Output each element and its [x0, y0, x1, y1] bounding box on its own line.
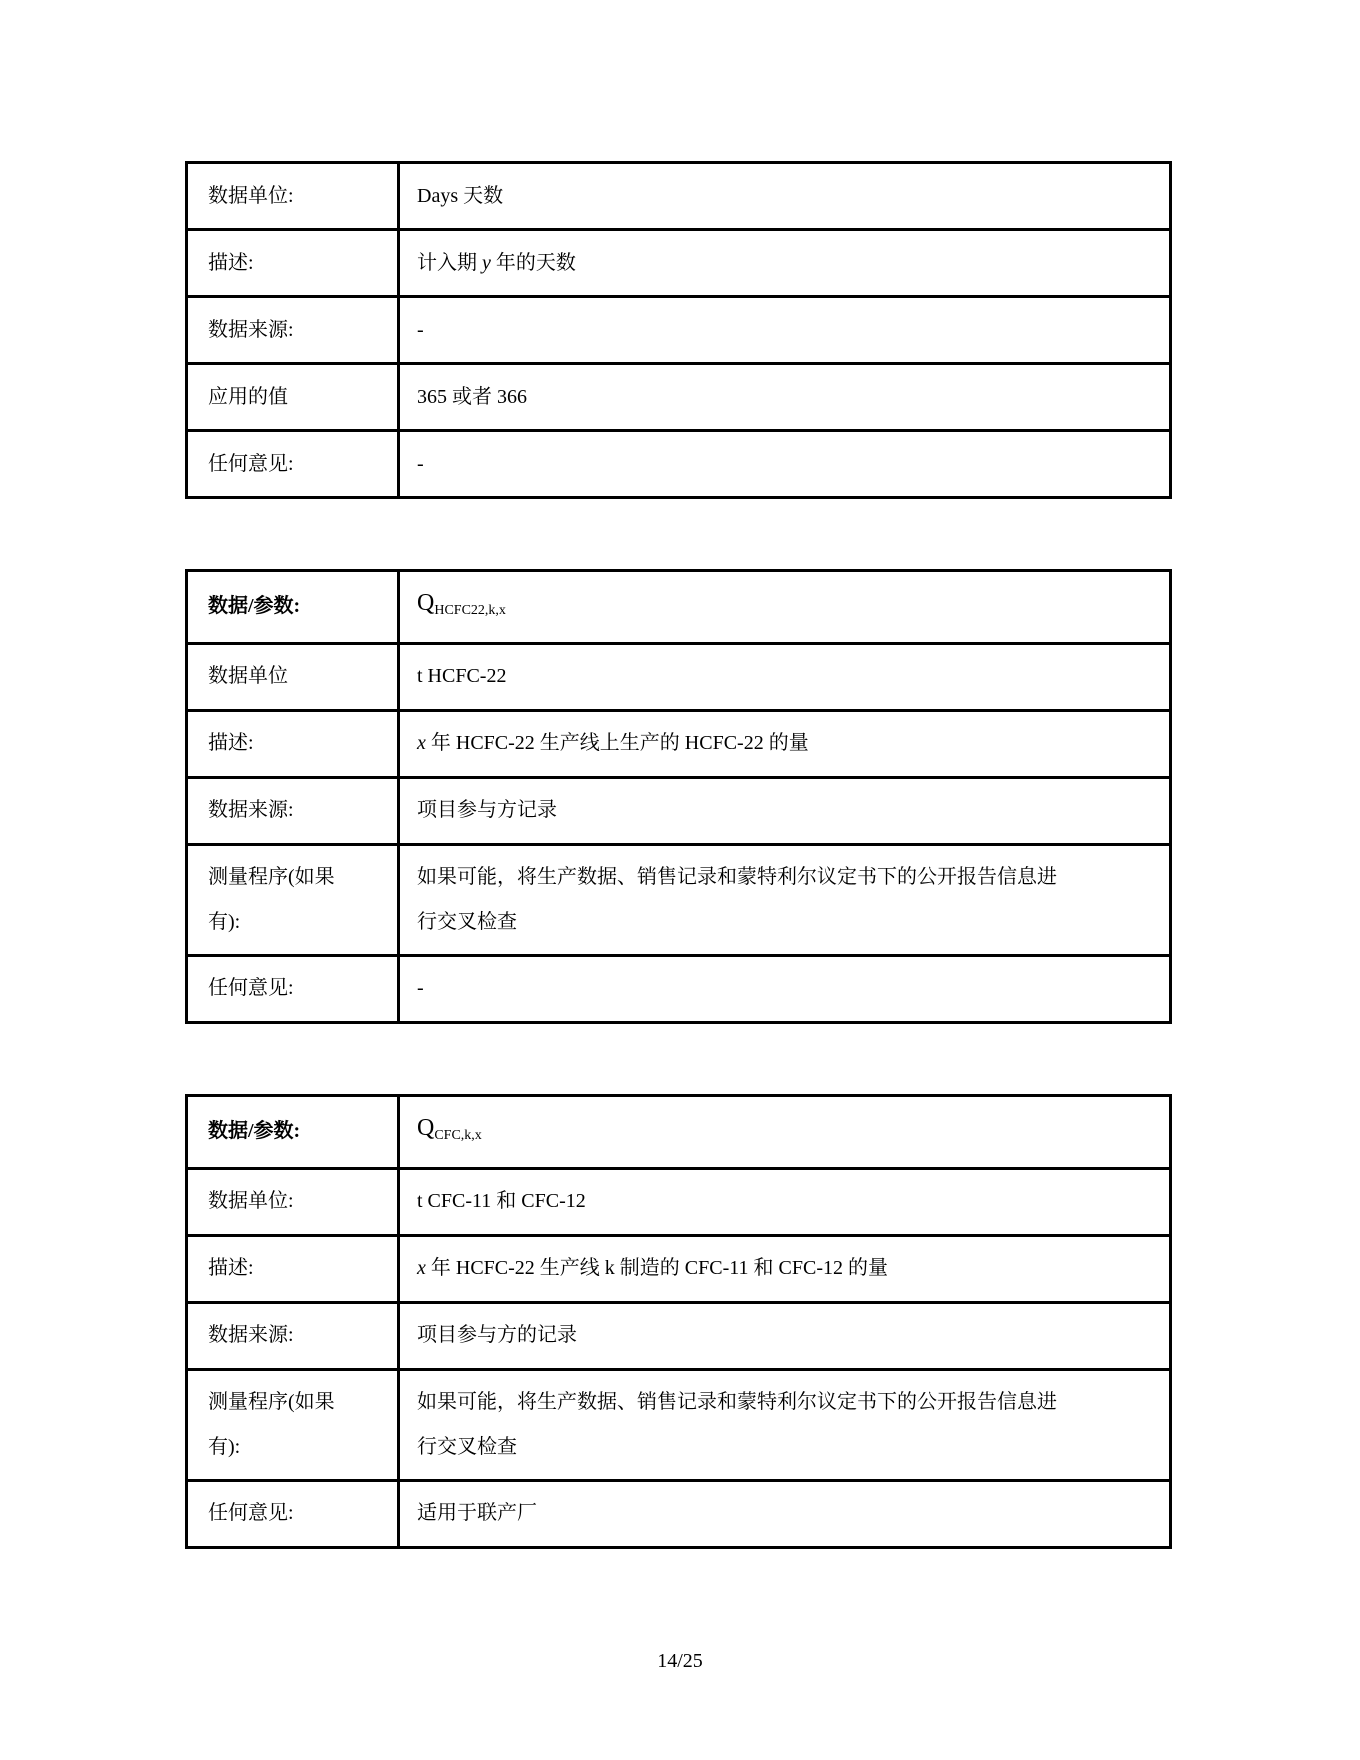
text-segment: 任何意见:	[208, 453, 294, 475]
row-label: 测量程序(如果 有):	[187, 844, 399, 955]
page-footer: 14/25	[0, 1650, 1360, 1673]
row-label: 任何意见:	[187, 431, 399, 498]
parameter-tables: 数据单位:Days 天数描述:计入期 y 年的天数数据来源:-应用的值365 或…	[185, 161, 1172, 1619]
row-label: 任何意见:	[187, 955, 399, 1022]
text-segment: 年 HCFC-22 生产线上生产的 HCFC-22 的量	[426, 732, 809, 754]
text-segment: 描述:	[208, 732, 254, 754]
table-row: 测量程序(如果 有):如果可能，将生产数据、销售记录和蒙特利尔议定书下的公开报告…	[187, 844, 1171, 955]
table-row: 数据单位:t CFC-11 和 CFC-12	[187, 1168, 1171, 1235]
text-segment: 数据单位:	[208, 1190, 294, 1212]
row-value: QHCFC22,k,x	[399, 571, 1171, 644]
row-value: 如果可能，将生产数据、销售记录和蒙特利尔议定书下的公开报告信息进 行交叉检查	[399, 1369, 1171, 1480]
row-label: 数据单位:	[187, 1168, 399, 1235]
text-segment: HCFC22,k,x	[434, 603, 506, 618]
text-segment: 描述:	[208, 252, 254, 274]
row-label: 数据来源:	[187, 297, 399, 364]
row-label: 数据单位:	[187, 163, 399, 230]
text-segment: 测量程序(如果 有):	[208, 1391, 335, 1458]
row-value: 如果可能，将生产数据、销售记录和蒙特利尔议定书下的公开报告信息进 行交叉检查	[399, 844, 1171, 955]
row-label: 任何意见:	[187, 1480, 399, 1547]
row-label: 数据/参数:	[187, 1095, 399, 1168]
table-row: 任何意见:适用于联产厂	[187, 1480, 1171, 1547]
row-label: 描述:	[187, 230, 399, 297]
row-value: x 年 HCFC-22 生产线上生产的 HCFC-22 的量	[399, 710, 1171, 777]
text-segment: 365 或者 366	[417, 386, 527, 408]
text-segment: 数据单位	[208, 665, 288, 687]
table-row: 数据来源:项目参与方的记录	[187, 1302, 1171, 1369]
row-value: QCFC,k,x	[399, 1095, 1171, 1168]
table-row: 任何意见:-	[187, 431, 1171, 498]
table-row: 描述:计入期 y 年的天数	[187, 230, 1171, 297]
text-segment: 适用于联产厂	[417, 1502, 537, 1524]
table-row: 应用的值365 或者 366	[187, 364, 1171, 431]
text-segment: Q	[417, 590, 434, 616]
row-value: -	[399, 431, 1171, 498]
row-value: 适用于联产厂	[399, 1480, 1171, 1547]
parameter-table-days: 数据单位:Days 天数描述:计入期 y 年的天数数据来源:-应用的值365 或…	[185, 161, 1172, 499]
row-label: 描述:	[187, 1235, 399, 1302]
text-segment: x	[417, 732, 426, 754]
row-value: 365 或者 366	[399, 364, 1171, 431]
text-segment: 年的天数	[491, 252, 576, 274]
table-row: 数据/参数:QCFC,k,x	[187, 1095, 1171, 1168]
text-segment: 数据/参数:	[208, 595, 300, 617]
text-segment: Days 天数	[417, 185, 503, 207]
text-segment: 数据单位:	[208, 185, 294, 207]
row-value: 项目参与方记录	[399, 777, 1171, 844]
table-row: 数据/参数:QHCFC22,k,x	[187, 571, 1171, 644]
document-page: 数据单位:Days 天数描述:计入期 y 年的天数数据来源:-应用的值365 或…	[0, 0, 1360, 1760]
row-label: 数据来源:	[187, 1302, 399, 1369]
text-segment: 项目参与方的记录	[417, 1324, 577, 1346]
row-label: 描述:	[187, 710, 399, 777]
parameter-table-q-cfc: 数据/参数:QCFC,k,x数据单位:t CFC-11 和 CFC-12描述:x…	[185, 1094, 1172, 1549]
text-segment: 数据来源:	[208, 319, 294, 341]
row-value: t CFC-11 和 CFC-12	[399, 1168, 1171, 1235]
parameter-table-q-hcfc22: 数据/参数:QHCFC22,k,x数据单位t HCFC-22描述:x 年 HCF…	[185, 569, 1172, 1024]
text-segment: 测量程序(如果 有):	[208, 866, 335, 933]
text-segment: 描述:	[208, 1257, 254, 1279]
text-segment: 计入期	[417, 252, 482, 274]
text-segment: 如果可能，将生产数据、销售记录和蒙特利尔议定书下的公开报告信息进 行交叉检查	[417, 866, 1057, 933]
row-label: 测量程序(如果 有):	[187, 1369, 399, 1480]
row-value: Days 天数	[399, 163, 1171, 230]
table-row: 描述:x 年 HCFC-22 生产线上生产的 HCFC-22 的量	[187, 710, 1171, 777]
text-segment: 数据来源:	[208, 799, 294, 821]
row-label: 数据/参数:	[187, 571, 399, 644]
table-row: 数据来源:-	[187, 297, 1171, 364]
row-value: -	[399, 955, 1171, 1022]
text-segment: 任何意见:	[208, 1502, 294, 1524]
row-value: 项目参与方的记录	[399, 1302, 1171, 1369]
row-value: x 年 HCFC-22 生产线 k 制造的 CFC-11 和 CFC-12 的量	[399, 1235, 1171, 1302]
row-value: t HCFC-22	[399, 643, 1171, 710]
text-segment: 应用的值	[208, 386, 288, 408]
text-segment: 如果可能，将生产数据、销售记录和蒙特利尔议定书下的公开报告信息进 行交叉检查	[417, 1391, 1057, 1458]
text-segment: t CFC-11 和 CFC-12	[417, 1190, 586, 1212]
text-segment: -	[417, 319, 424, 341]
text-segment: 数据/参数:	[208, 1120, 300, 1142]
text-segment: -	[417, 453, 424, 475]
text-segment: 数据来源:	[208, 1324, 294, 1346]
text-segment: 任何意见:	[208, 977, 294, 999]
table-row: 数据来源:项目参与方记录	[187, 777, 1171, 844]
text-segment: -	[417, 977, 424, 999]
text-segment: CFC,k,x	[434, 1128, 481, 1143]
text-segment: Q	[417, 1115, 434, 1141]
table-row: 测量程序(如果 有):如果可能，将生产数据、销售记录和蒙特利尔议定书下的公开报告…	[187, 1369, 1171, 1480]
text-segment: x	[417, 1257, 426, 1279]
text-segment: 年 HCFC-22 生产线 k 制造的 CFC-11 和 CFC-12 的量	[426, 1257, 888, 1279]
row-value: -	[399, 297, 1171, 364]
page-number: 14/25	[657, 1650, 703, 1672]
row-value: 计入期 y 年的天数	[399, 230, 1171, 297]
text-segment: t HCFC-22	[417, 665, 506, 687]
text-segment: y	[482, 252, 491, 274]
row-label: 数据单位	[187, 643, 399, 710]
text-segment: 项目参与方记录	[417, 799, 557, 821]
row-label: 应用的值	[187, 364, 399, 431]
table-row: 描述:x 年 HCFC-22 生产线 k 制造的 CFC-11 和 CFC-12…	[187, 1235, 1171, 1302]
table-row: 数据单位t HCFC-22	[187, 643, 1171, 710]
table-row: 数据单位:Days 天数	[187, 163, 1171, 230]
row-label: 数据来源:	[187, 777, 399, 844]
table-row: 任何意见:-	[187, 955, 1171, 1022]
